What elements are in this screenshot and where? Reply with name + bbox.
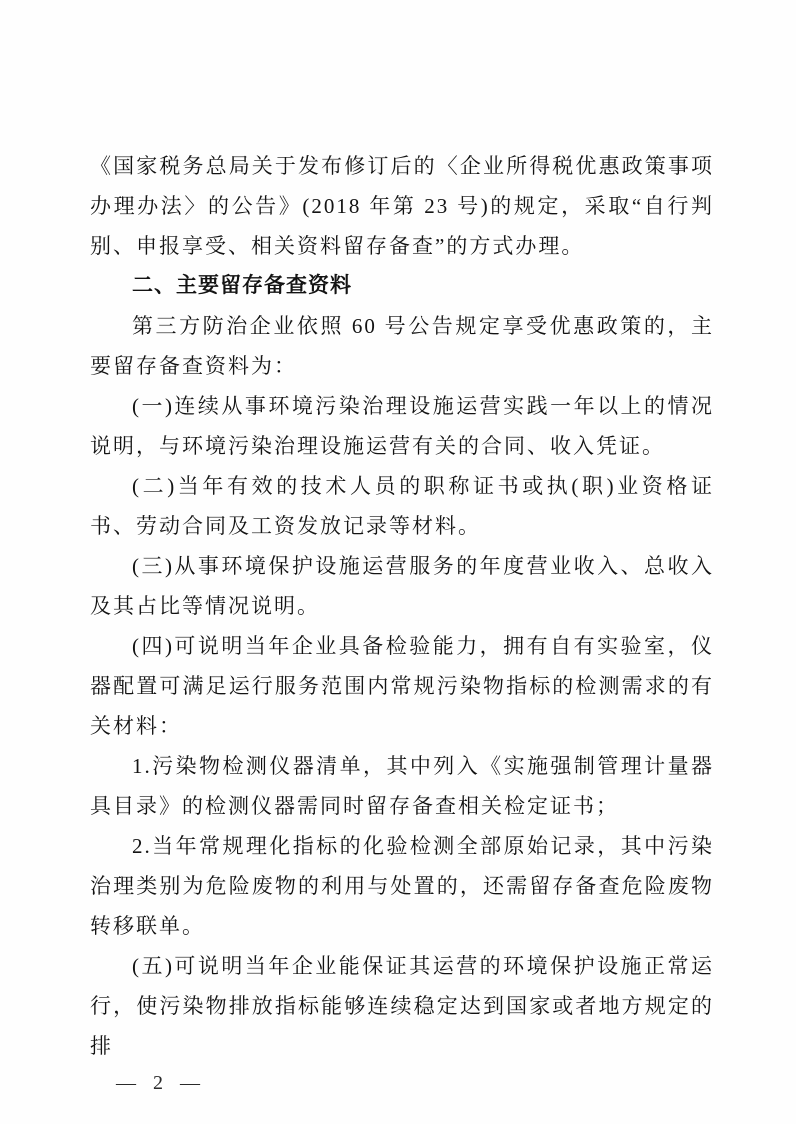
paragraph-item-5: (五)可说明当年企业能保证其运营的环境保护设施正常运行，使污染物排放指标能够连续…: [90, 946, 714, 1066]
paragraph-item-4: (四)可说明当年企业具备检验能力，拥有自有实验室，仪器配置可满足运行服务范围内常…: [90, 626, 714, 746]
paragraph-intro: 第三方防治企业依照 60 号公告规定享受优惠政策的，主要留存备查资料为：: [90, 306, 714, 386]
paragraph-subitem-2: 2.当年常规理化指标的化验检测全部原始记录，其中污染治理类别为危险废物的利用与处…: [90, 826, 714, 946]
paragraph-continuation: 《国家税务总局关于发布修订后的〈企业所得税优惠政策事项办理办法〉的公告》(201…: [90, 146, 714, 266]
paragraph-item-3: (三)从事环境保护设施运营服务的年度营业收入、总收入及其占比等情况说明。: [90, 546, 714, 626]
paragraph-item-2: (二)当年有效的技术人员的职称证书或执(职)业资格证书、劳动合同及工资发放记录等…: [90, 466, 714, 546]
document-body: 《国家税务总局关于发布修订后的〈企业所得税优惠政策事项办理办法〉的公告》(201…: [90, 146, 714, 1066]
section-heading: 二、主要留存备查资料: [90, 266, 714, 306]
page-number: — 2 —: [116, 1072, 714, 1095]
paragraph-item-1: (一)连续从事环境污染治理设施运营实践一年以上的情况说明，与环境污染治理设施运营…: [90, 386, 714, 466]
paragraph-subitem-1: 1.污染物检测仪器清单，其中列入《实施强制管理计量器具目录》的检测仪器需同时留存…: [90, 746, 714, 826]
document-page: 《国家税务总局关于发布修订后的〈企业所得税优惠政策事项办理办法〉的公告》(201…: [0, 0, 796, 1124]
